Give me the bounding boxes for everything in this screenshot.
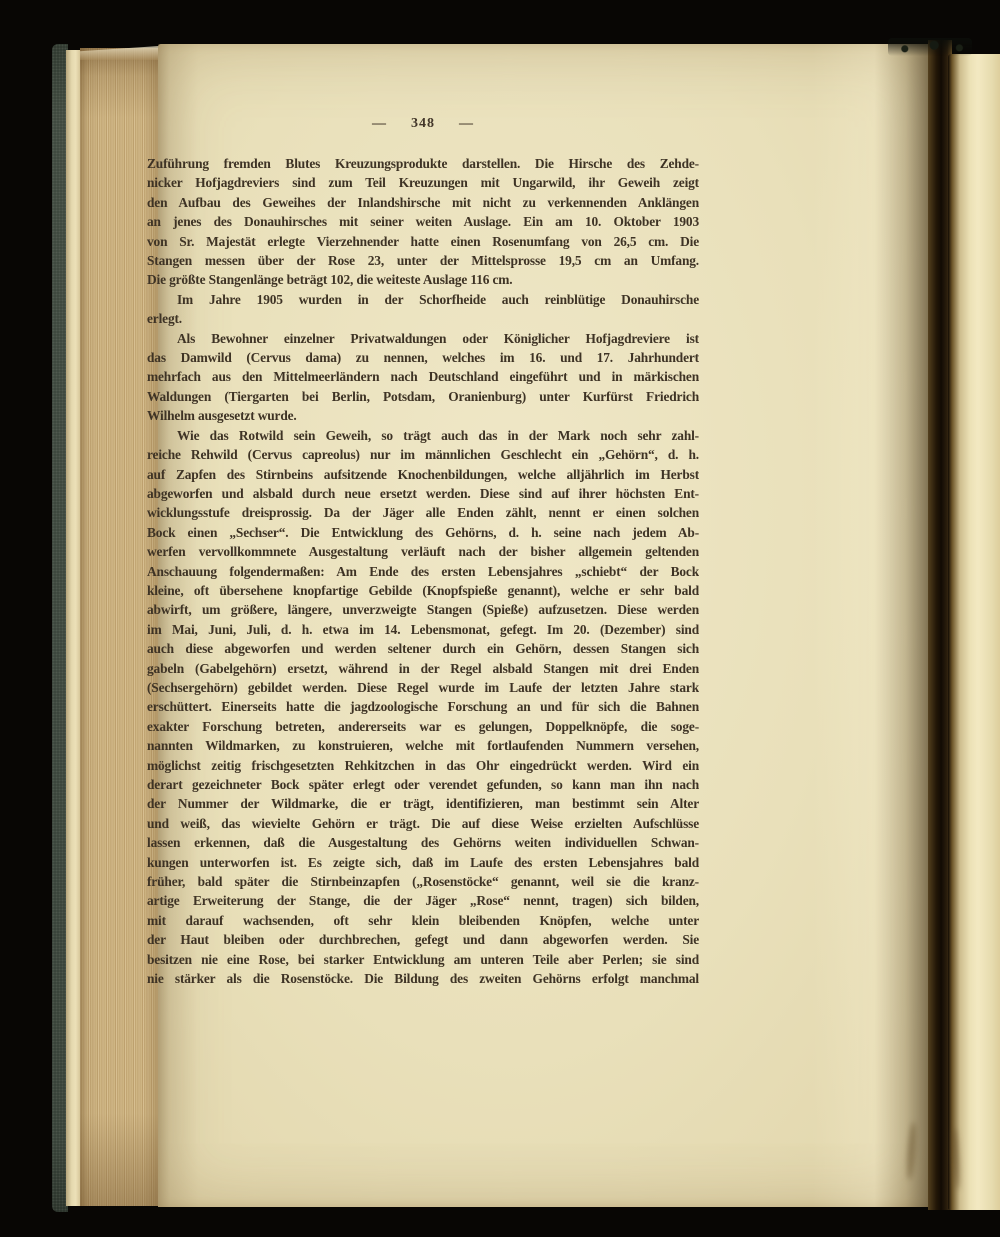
text-line: den Aufbau des Geweihes der Inlandshirsc… bbox=[147, 193, 699, 212]
text-line: von Sr. Majestät erlegte Vierzehnender h… bbox=[147, 232, 699, 251]
text-line: nannten Wildmarken, zu konstruieren, wel… bbox=[147, 736, 699, 755]
text-line: nie stärker als die Rosenstöcke. Die Bil… bbox=[147, 969, 699, 988]
text-line: kleine, oft übersehene knopfartige Gebil… bbox=[147, 581, 699, 600]
text-line: gabeln (Gabelgehörn) ersetzt, während in… bbox=[147, 659, 699, 678]
text-line: auch diese abgeworfen und werden seltene… bbox=[147, 639, 699, 658]
text-line: Die größte Stangenlänge beträgt 102, die… bbox=[147, 270, 699, 289]
text-line: Bock einen „Sechser“. Die Entwicklung de… bbox=[147, 523, 699, 542]
text-line: kungen unterworfen ist. Es zeigte sich, … bbox=[147, 853, 699, 872]
text-line: und weiß, das wievielte Gehörn er trägt.… bbox=[147, 814, 699, 833]
text-line: werfen vervollkommnete Ausgestaltung ver… bbox=[147, 542, 699, 561]
body-text-block: Zuführung fremden Blutes Kreuzungsproduk… bbox=[147, 154, 699, 988]
text-line: der Haut bleiben oder durchbrechen, gefe… bbox=[147, 930, 699, 949]
text-line: Wilhelm ausgesetzt wurde. bbox=[147, 406, 699, 425]
text-line: Als Bewohner einzelner Privatwaldungen o… bbox=[147, 329, 699, 348]
text-line: Waldungen (Tiergarten bei Berlin, Potsda… bbox=[147, 387, 699, 406]
text-line: derart gezeichneter Bock später erlegt o… bbox=[147, 775, 699, 794]
page-number: 348 bbox=[411, 116, 435, 131]
gutter-top-shadow bbox=[888, 38, 972, 56]
text-line: Im Jahre 1905 wurden in der Schorfheide … bbox=[147, 290, 699, 309]
text-line: abwirft, um größere, längere, unverzweig… bbox=[147, 600, 699, 619]
text-line: exakter Forschung betreten, andererseits… bbox=[147, 717, 699, 736]
text-line: auf Zapfen des Stirnbeins aufsitzende Kn… bbox=[147, 465, 699, 484]
facing-page-sliver bbox=[948, 54, 1000, 1210]
page-gutter-shadow bbox=[812, 44, 932, 1207]
text-line: wicklungsstufe dreisprossig. Da der Jäge… bbox=[147, 503, 699, 522]
text-line: an jenes des Donauhirsches mit seiner we… bbox=[147, 212, 699, 231]
page-header: —348— bbox=[147, 116, 699, 132]
header-dash-left: — bbox=[372, 116, 387, 131]
text-line: reiche Rehwild (Cervus capreolus) nur im… bbox=[147, 445, 699, 464]
text-line: besitzen nie eine Rose, bei starker Entw… bbox=[147, 950, 699, 969]
text-line: das Damwild (Cervus dama) zu nennen, wel… bbox=[147, 348, 699, 367]
text-line: nicker Hofjagdreviers sind zum Teil Kreu… bbox=[147, 173, 699, 192]
text-line: (Sechsergehörn) gebildet werden. Diese R… bbox=[147, 678, 699, 697]
text-line: abgeworfen und alsbald durch neue ersetz… bbox=[147, 484, 699, 503]
text-line: erlegt. bbox=[147, 309, 699, 328]
text-line: mit darauf wachsenden, oft sehr klein bl… bbox=[147, 911, 699, 930]
text-line: Stangen messen über der Rose 23, unter d… bbox=[147, 251, 699, 270]
text-line: mehrfach aus den Mittelmeerländern nach … bbox=[147, 367, 699, 386]
text-line: Anschauung folgendermaßen: Am Ende des e… bbox=[147, 562, 699, 581]
header-dash-right: — bbox=[459, 116, 474, 131]
text-line: im Mai, Juni, Juli, d. h. etwa im 14. Le… bbox=[147, 620, 699, 639]
text-line: möglichst zeitig frischgesetzten Rehkitz… bbox=[147, 756, 699, 775]
text-line: erschüttert. Einerseits hatte die jagdzo… bbox=[147, 697, 699, 716]
text-line: der Nummer der Wildmarke, die er trägt, … bbox=[147, 794, 699, 813]
text-line: Wie das Rotwild sein Geweih, so trägt au… bbox=[147, 426, 699, 445]
text-line: früher, bald später die Stirnbeinzapfen … bbox=[147, 872, 699, 891]
text-line: Zuführung fremden Blutes Kreuzungsproduk… bbox=[147, 154, 699, 173]
text-line: artige Erweiterung der Stange, die der J… bbox=[147, 891, 699, 910]
text-line: lassen erkennen, daß die Ausgestaltung d… bbox=[147, 833, 699, 852]
